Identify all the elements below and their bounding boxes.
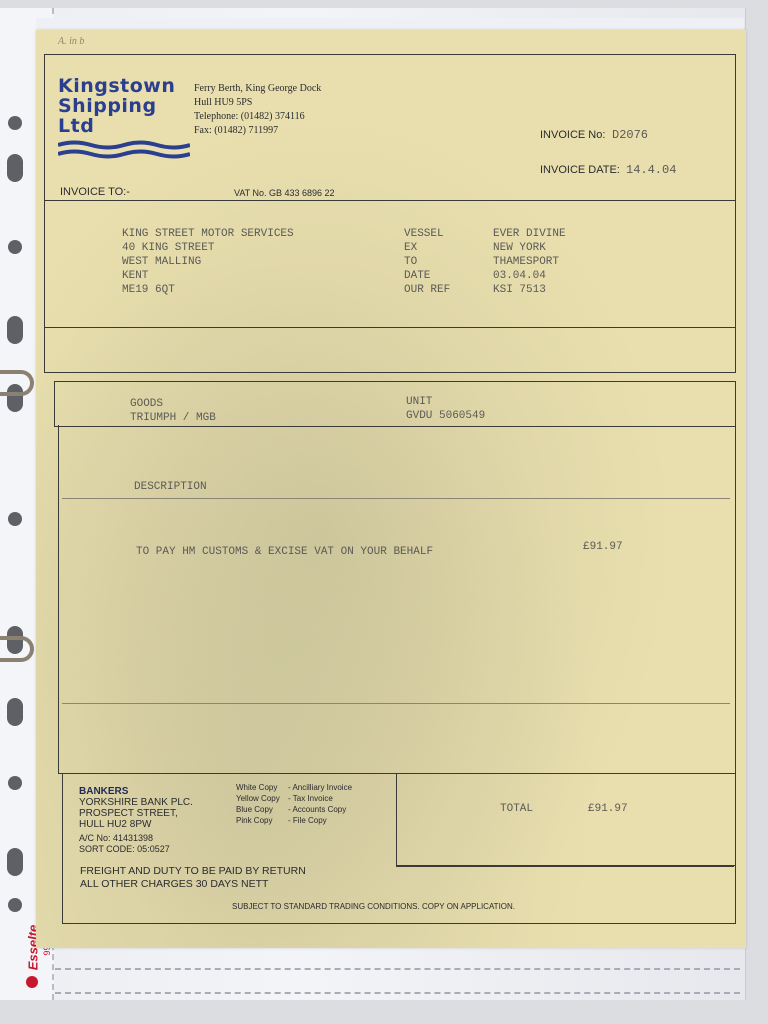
punch-hole [8, 240, 22, 254]
trading-conditions: SUBJECT TO STANDARD TRADING CONDITIONS. … [232, 902, 515, 911]
punch-hole [7, 848, 23, 876]
address-line: Telephone: (01482) 374116 [194, 110, 321, 124]
total-box [396, 773, 735, 866]
total-box-bottom [396, 866, 734, 867]
terms-line: ALL OTHER CHARGES 30 DAYS NETT [80, 878, 306, 891]
shipment-label: TO [404, 255, 450, 269]
copy-legend: White Copy- Ancilliary Invoice Yellow Co… [236, 782, 352, 826]
description-item-text: TO PAY HM CUSTOMS & EXCISE VAT ON YOUR B… [136, 546, 433, 558]
shipment-values: EVER DIVINE NEW YORK THAMESPORT 03.04.04… [493, 227, 566, 297]
waves-icon [58, 140, 190, 162]
goods-section: GOODS TRIUMPH / MGB [130, 397, 216, 425]
description-divider [62, 703, 730, 704]
customer-line: 40 KING STREET [122, 241, 294, 255]
invoice-number: D2076 [612, 128, 648, 142]
punch-hole [7, 154, 23, 182]
shipment-label: EX [404, 241, 450, 255]
unit-section: UNIT GVDU 5060549 [406, 395, 485, 423]
address-line: Fax: (01482) 711997 [194, 124, 321, 138]
customer-line: KENT [122, 269, 294, 283]
vessel-value: EVER DIVINE [493, 227, 566, 241]
copy-use: - Tax Invoice [288, 794, 333, 803]
bankers-label: BANKERS [79, 786, 193, 797]
bank-sort-code: SORT CODE: 05:0527 [79, 844, 193, 855]
goods-value: TRIUMPH / MGB [130, 411, 216, 425]
shipment-label: VESSEL [404, 227, 450, 241]
copy-name: White Copy [236, 782, 288, 793]
unit-value: GVDU 5060549 [406, 409, 485, 423]
payment-terms: FREIGHT AND DUTY TO BE PAID BY RETURN AL… [80, 865, 306, 891]
total-value: £91.97 [588, 803, 628, 815]
invoice-date-label: INVOICE DATE: [540, 164, 620, 176]
copy-use: - Accounts Copy [288, 805, 346, 814]
bank-line: YORKSHIRE BANK PLC. [79, 797, 193, 808]
date-value: 03.04.04 [493, 269, 566, 283]
invoice-date: 14.4.04 [626, 163, 676, 177]
address-line: Hull HU9 5PS [194, 96, 321, 110]
description-item-amount: £91.97 [583, 541, 623, 553]
logo-line2: Shipping Ltd [58, 96, 190, 136]
punch-hole [8, 898, 22, 912]
shipment-labels: VESSEL EX TO DATE OUR REF [404, 227, 450, 297]
unit-label: UNIT [406, 395, 485, 409]
copy-use: - File Copy [288, 816, 327, 825]
logo-line1: Kingstown [58, 76, 190, 96]
bankers-section: BANKERS YORKSHIRE BANK PLC. PROSPECT STR… [79, 786, 193, 855]
punch-hole [8, 116, 22, 130]
shipment-label: DATE [404, 269, 450, 283]
our-ref-value: KSI 7513 [493, 283, 566, 297]
customer-address: KING STREET MOTOR SERVICES 40 KING STREE… [122, 227, 294, 297]
punch-hole [7, 698, 23, 726]
address-line: Ferry Berth, King George Dock [194, 82, 321, 96]
to-value: THAMESPORT [493, 255, 566, 269]
bank-line: HULL HU2 8PW [79, 819, 193, 830]
customer-line: KING STREET MOTOR SERVICES [122, 227, 294, 241]
vat-number: VAT No. GB 433 6896 22 [234, 188, 335, 198]
punch-hole [7, 316, 23, 344]
invoice-to-label: INVOICE TO:- [60, 186, 130, 198]
description-divider [62, 498, 730, 499]
handwritten-note: A. in b [58, 36, 84, 47]
invoice-number-label: INVOICE No: [540, 129, 605, 141]
company-logo: Kingstown Shipping Ltd [58, 76, 190, 167]
brand-logo-icon [26, 976, 38, 988]
customer-line: WEST MALLING [122, 255, 294, 269]
blank-box [44, 326, 736, 373]
ex-value: NEW YORK [493, 241, 566, 255]
goods-label: GOODS [130, 397, 216, 411]
description-box [58, 425, 736, 774]
customer-line: ME19 6QT [122, 283, 294, 297]
description-label: DESCRIPTION [134, 481, 207, 493]
punch-hole [8, 776, 22, 790]
total-label: TOTAL [500, 803, 533, 815]
copy-name: Blue Copy [236, 804, 288, 815]
copy-name: Pink Copy [236, 815, 288, 826]
bank-line: PROSPECT STREET, [79, 808, 193, 819]
company-address: Ferry Berth, King George Dock Hull HU9 5… [194, 82, 321, 138]
bank-account: A/C No: 41431398 [79, 833, 193, 844]
punch-hole [8, 512, 22, 526]
sleeve-bottom-seam [55, 968, 740, 994]
terms-line: FREIGHT AND DUTY TO BE PAID BY RETURN [80, 865, 306, 878]
binder-ring [0, 636, 34, 662]
copy-name: Yellow Copy [236, 793, 288, 804]
binder-ring [0, 370, 34, 396]
shipment-label: OUR REF [404, 283, 450, 297]
copy-use: - Ancilliary Invoice [288, 783, 352, 792]
